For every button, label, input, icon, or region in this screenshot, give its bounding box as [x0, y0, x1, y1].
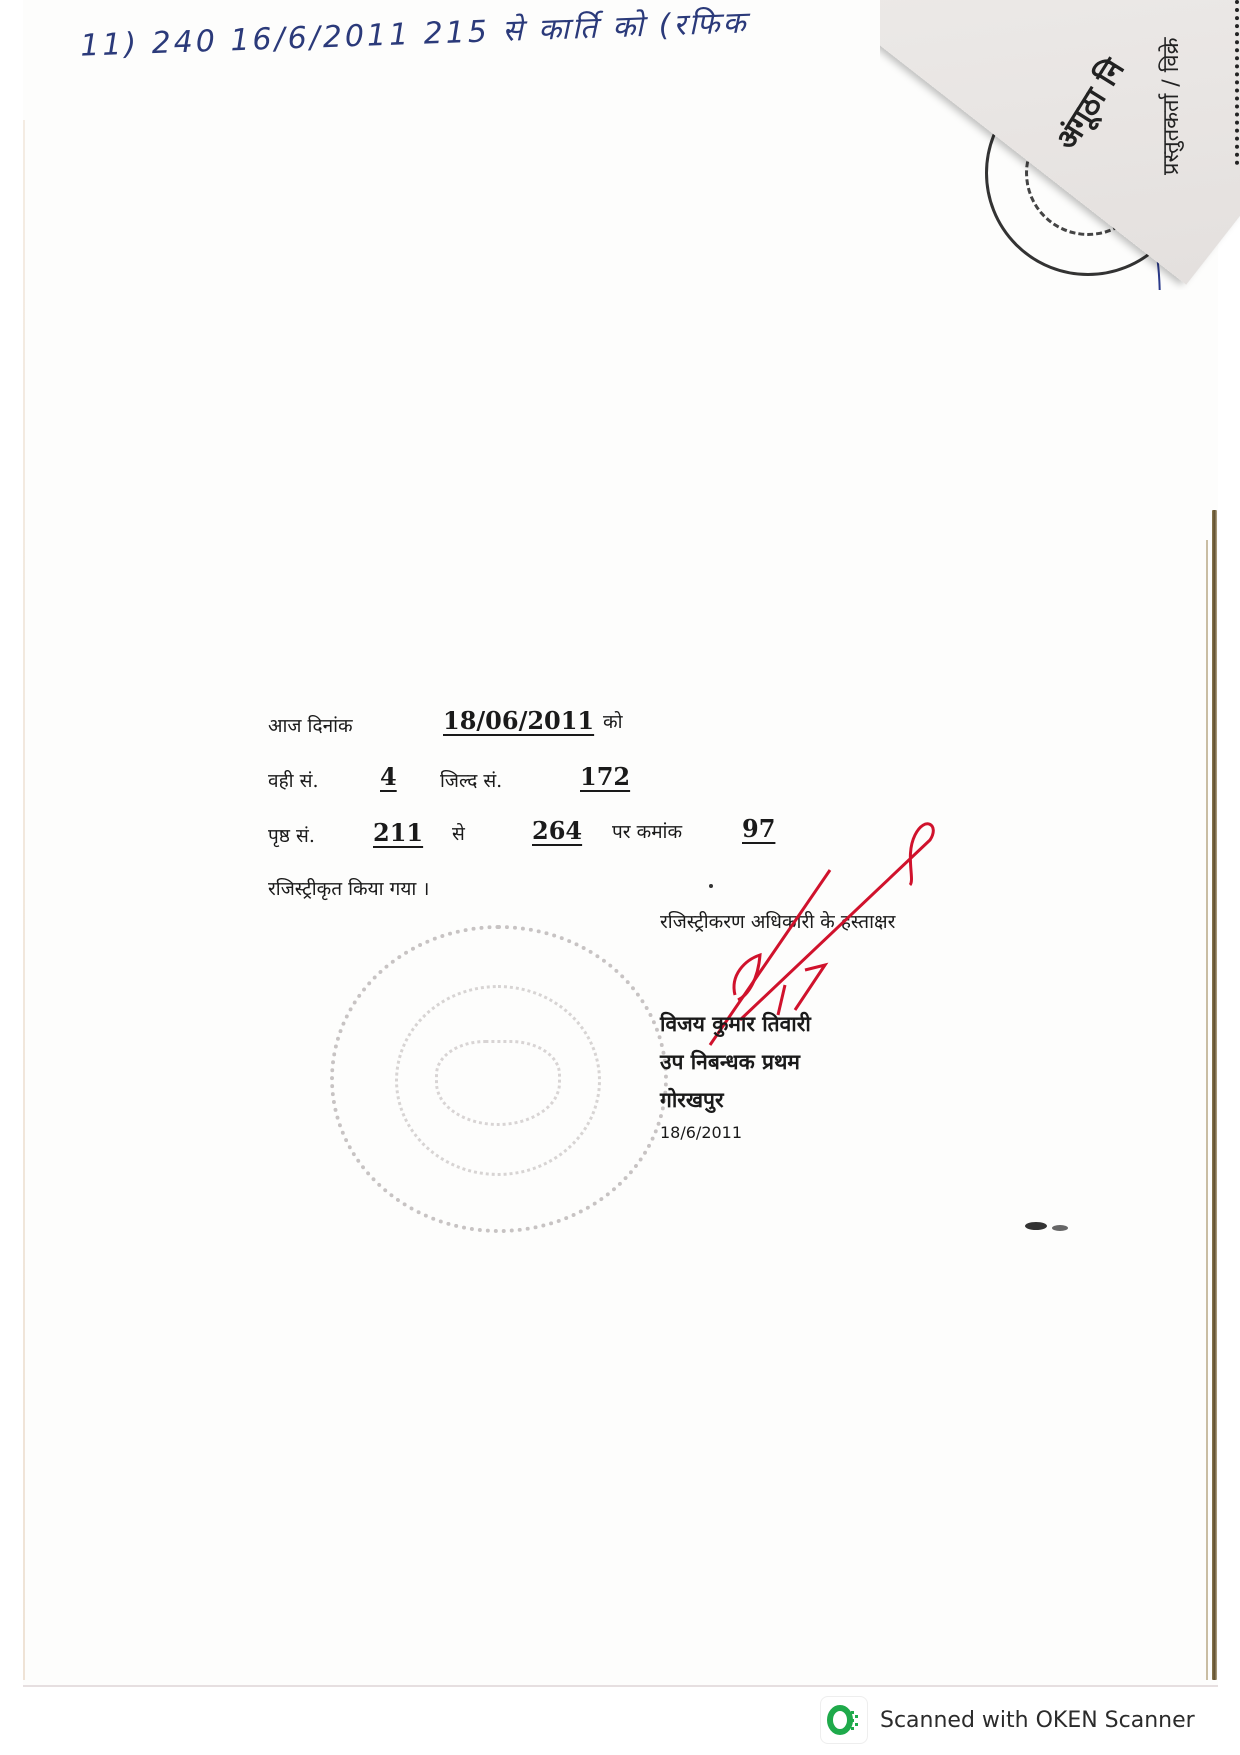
date-value-wrap: 18/06/2011	[443, 706, 594, 735]
scan-speck	[709, 884, 713, 888]
dotted-line	[1235, 0, 1239, 165]
date-row: आज दिनांक	[268, 712, 353, 738]
scan-speck	[1052, 1225, 1068, 1231]
registered-text-wrap: रजिस्ट्रीकृत किया गया ।	[268, 875, 430, 901]
date-suffix-wrap: को	[603, 708, 623, 734]
flap-vertical-text: प्रस्तुतकर्ता / विक्रे	[1155, 37, 1185, 175]
page-edge-left	[23, 120, 25, 1680]
seal-emblem-icon	[435, 1040, 561, 1126]
volume-value-wrap: 172	[580, 762, 630, 791]
date-suffix: को	[603, 711, 623, 733]
page-from-wrap: 211	[373, 818, 423, 847]
registered-text: रजिस्ट्रीकृत किया गया ।	[268, 878, 430, 900]
page-from-value: 211	[373, 818, 423, 847]
page-to-wrap: 264	[532, 816, 582, 845]
officer-block: विजय कुमार तिवारी उप निबन्धक प्रथम गोरखप…	[660, 1005, 811, 1147]
book-value-wrap: 4	[380, 762, 397, 791]
book-label-wrap: वही सं.	[268, 767, 319, 793]
serial-label: पर कमांक	[612, 821, 682, 843]
oken-logo-icon	[820, 1696, 868, 1744]
scan-speck	[1025, 1222, 1047, 1230]
scanner-watermark: Scanned with OKEN Scanner	[820, 1695, 1195, 1745]
date-value: 18/06/2011	[443, 706, 594, 735]
officer-location: गोरखपुर	[660, 1081, 811, 1119]
volume-value: 172	[580, 762, 630, 791]
page-stack-edge-inner	[1206, 540, 1208, 1680]
page-label-wrap: पृष्ठ सं.	[268, 822, 315, 848]
volume-label-wrap: जिल्द सं.	[440, 767, 502, 793]
volume-label: जिल्द सं.	[440, 770, 502, 792]
watermark-text: Scanned with OKEN Scanner	[880, 1708, 1195, 1733]
page-stack-edge	[1212, 510, 1217, 1680]
officer-title: उप निबन्धक प्रथम	[660, 1043, 811, 1081]
page-to-label-wrap: से	[452, 820, 465, 846]
officer-name: विजय कुमार तिवारी	[660, 1005, 811, 1043]
signed-date: 18/6/2011	[660, 1119, 811, 1147]
book-label: वही सं.	[268, 770, 319, 792]
page-to-label: से	[452, 823, 465, 845]
page-to-value: 264	[532, 816, 582, 845]
page-label: पृष्ठ सं.	[268, 825, 315, 847]
serial-label-wrap: पर कमांक	[612, 818, 682, 844]
book-value: 4	[380, 762, 397, 791]
date-label: आज दिनांक	[268, 715, 353, 737]
folded-corner: अंगूठा नि प्रस्तुतकर्ता / विक्रे	[880, 0, 1240, 290]
